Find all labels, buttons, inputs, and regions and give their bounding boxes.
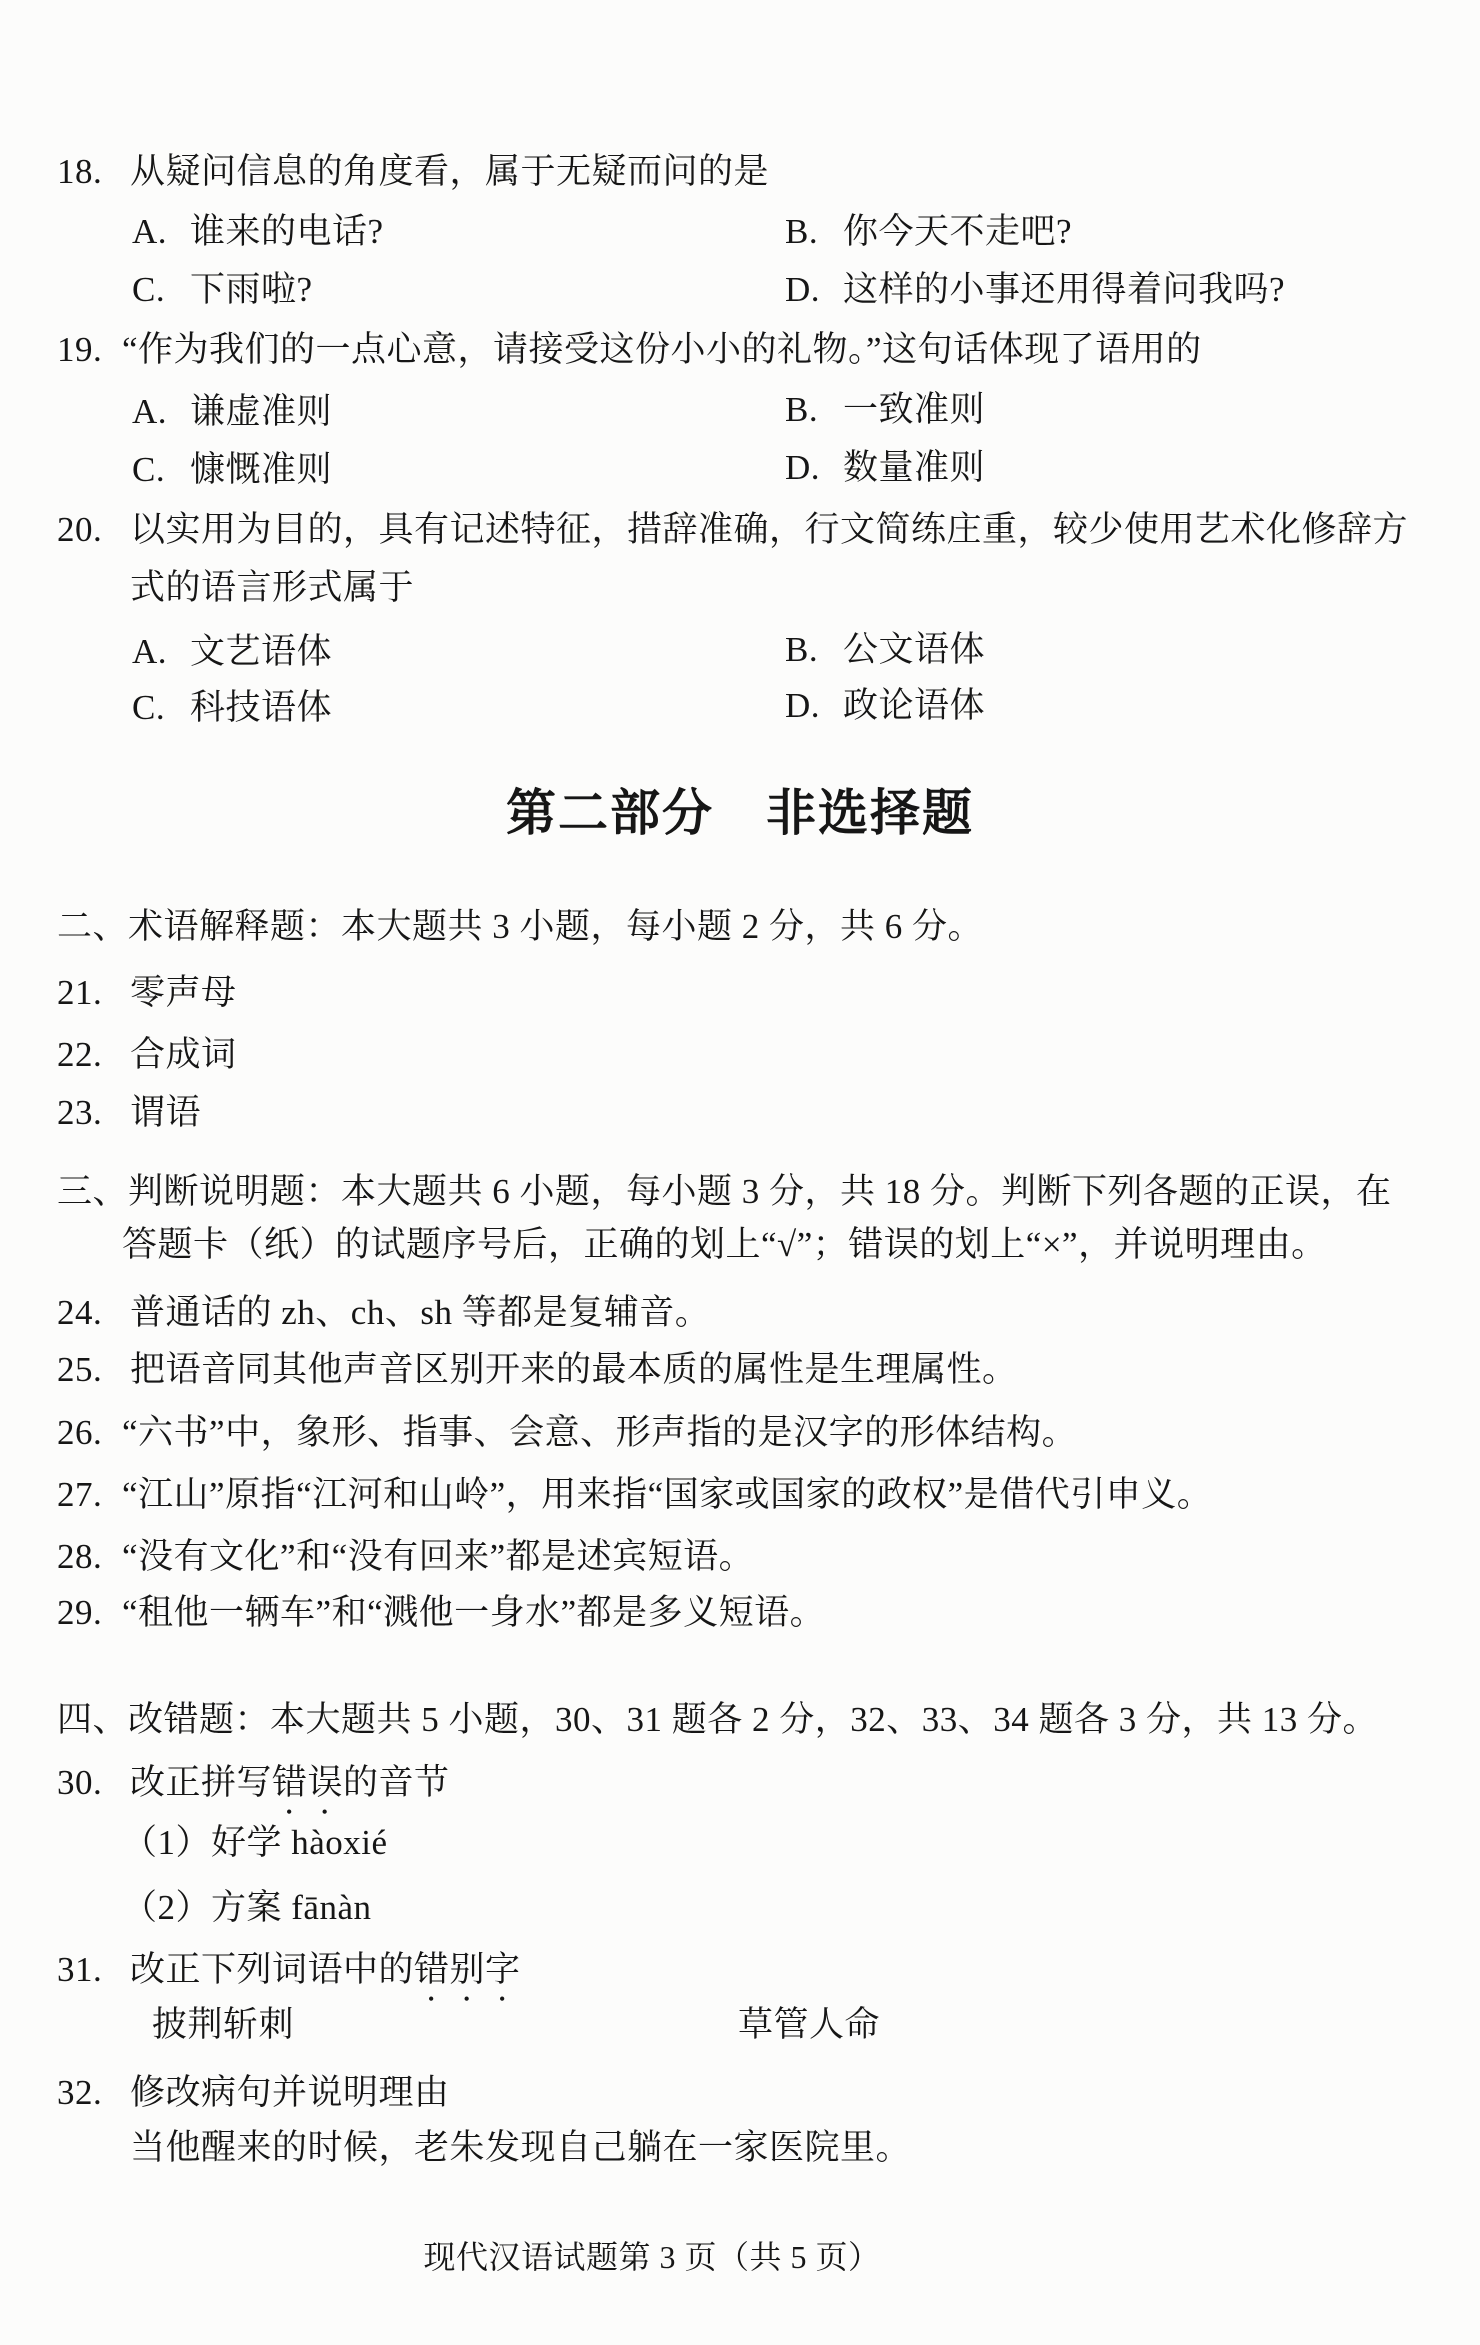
q30-stem-prefix: 改正拼写 (130, 1763, 272, 1802)
q19-stem: “作为我们的一点心意，请接受这份小小的礼物。”这句话体现了语用的 (122, 326, 1202, 374)
q19-number: 19. (57, 326, 102, 374)
q25-text: 把语音同其他声音区别开来的最本质的属性是生理属性。 (130, 1346, 1018, 1394)
q21-number: 21. (57, 969, 102, 1017)
section4-heading: 改错题：本大题共 5 小题，30、31 题各 2 分，32、33、34 题各 3… (128, 1696, 1378, 1744)
q19-option-c-text: 慷慨准则 (190, 446, 332, 494)
q27-number: 27. (57, 1471, 102, 1519)
q19-option-d-label: D. (785, 444, 820, 492)
section3-heading-line2: 答题卡（纸）的试题序号后，正确的划上“√”；错误的划上“×”，并说明理由。 (122, 1221, 1327, 1269)
q20-option-d-label: D. (785, 682, 820, 730)
q27-text: “江山”原指“江河和山岭”，用来指“国家或国家的政权”是借代引申义。 (122, 1471, 1212, 1519)
q20-number: 20. (57, 506, 102, 554)
q31-stem-prefix: 改正下列词语中的 (130, 1950, 414, 1989)
q32-number: 32. (57, 2069, 102, 2117)
q31-word-left: 披荆斩刺 (152, 2001, 294, 2049)
q20-option-a-text: 文艺语体 (190, 628, 332, 676)
q18-option-a-text: 谁来的电话? (190, 208, 384, 256)
section4-number: 四、 (57, 1696, 128, 1744)
q31-number: 31. (57, 1946, 102, 1994)
q18-stem: 从疑问信息的角度看，属于无疑而问的是 (130, 148, 769, 196)
q20-option-a-label: A. (132, 628, 167, 676)
q30-stem-suffix: 的音节 (343, 1763, 450, 1802)
page-footer: 现代汉语试题第 3 页（共 5 页） (0, 2235, 1392, 2279)
q29-text: “租他一辆车”和“溅他一身水”都是多义短语。 (122, 1589, 825, 1637)
q18-number: 18. (57, 148, 102, 196)
q18-option-d-text: 这样的小事还用得着问我吗? (843, 266, 1285, 314)
q19-option-d-text: 数量准则 (843, 444, 985, 492)
q32-stem: 修改病句并说明理由 (130, 2069, 450, 2117)
q20-option-b-text: 公文语体 (843, 626, 985, 674)
q30-number: 30. (57, 1759, 102, 1807)
q19-option-c-label: C. (132, 446, 165, 494)
q24-text: 普通话的 zh、ch、sh 等都是复辅音。 (130, 1289, 710, 1337)
q18-option-c-text: 下雨啦? (190, 266, 313, 314)
q26-text: “六书”中，象形、指事、会意、形声指的是汉字的形体结构。 (122, 1409, 1077, 1457)
q20-option-c-label: C. (132, 684, 165, 732)
q19-option-b-label: B. (785, 386, 818, 434)
q31-stem: 改正下列词语中的错别字 (130, 1946, 521, 2009)
q26-number: 26. (57, 1409, 102, 1457)
q23-number: 23. (57, 1089, 102, 1137)
section2-number: 二、 (57, 903, 128, 951)
q30-stem-emphasized: 错误 (272, 1763, 343, 1802)
q31-word-right: 草管人命 (738, 2001, 880, 2049)
q23-text: 谓语 (130, 1089, 201, 1137)
q31-stem-emphasized: 错别字 (414, 1950, 521, 1989)
q22-number: 22. (57, 1031, 102, 1079)
q18-option-c-label: C. (132, 266, 165, 314)
q20-option-b-label: B. (785, 626, 818, 674)
q28-number: 28. (57, 1533, 102, 1581)
q29-number: 29. (57, 1589, 102, 1637)
q19-option-a-label: A. (132, 388, 167, 436)
q25-number: 25. (57, 1346, 102, 1394)
q21-text: 零声母 (130, 969, 237, 1017)
q18-option-d-label: D. (785, 266, 820, 314)
q18-option-b-text: 你今天不走吧? (843, 208, 1072, 256)
q20-option-d-text: 政论语体 (843, 682, 985, 730)
q32-sentence: 当他醒来的时候，老朱发现自己躺在一家医院里。 (130, 2124, 911, 2172)
q24-number: 24. (57, 1289, 102, 1337)
q19-option-b-text: 一致准则 (843, 386, 985, 434)
q22-text: 合成词 (130, 1031, 237, 1079)
q30-stem: 改正拼写错误的音节 (130, 1759, 450, 1822)
q20-stem-line1: 以实用为目的，具有记述特征，措辞准确，行文简练庄重，较少使用艺术化修辞方 (130, 506, 1408, 554)
part2-header: 第二部分 非选择题 (0, 783, 1480, 843)
q28-text: “没有文化”和“没有回来”都是述宾短语。 (122, 1533, 754, 1581)
q30-sub1: （1）好学 hàoxié (122, 1819, 388, 1867)
section2-heading: 术语解释题：本大题共 3 小题，每小题 2 分，共 6 分。 (128, 903, 983, 951)
q18-option-b-label: B. (785, 208, 818, 256)
q30-sub2: （2）方案 fānàn (122, 1884, 371, 1932)
section3-number: 三、 (57, 1168, 128, 1216)
q19-option-a-text: 谦虚准则 (190, 388, 332, 436)
section3-heading-line1: 判断说明题：本大题共 6 小题，每小题 3 分，共 18 分。判断下列各题的正误… (128, 1168, 1392, 1216)
exam-page: 18. 从疑问信息的角度看，属于无疑而问的是 A. 谁来的电话? B. 你今天不… (0, 0, 1480, 2345)
q20-option-c-text: 科技语体 (190, 684, 332, 732)
q18-option-a-label: A. (132, 208, 167, 256)
q20-stem-line2: 式的语言形式属于 (130, 564, 414, 612)
